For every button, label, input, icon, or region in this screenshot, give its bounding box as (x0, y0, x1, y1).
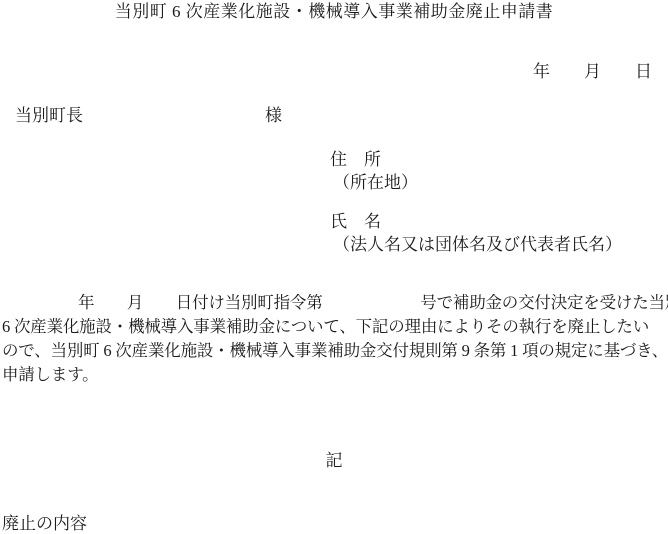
addressee-line: 当別町長 様 (0, 107, 668, 127)
body-line-3: ので、当別町 6 次産業化施設・機械導入事業補助金交付規則第 9 条第 1 項の… (2, 339, 666, 363)
applicant-address-note: （所在地） (333, 174, 418, 193)
body-paragraph: 年 月 日付け当別町指令第 号で補助金の交付決定を受けた当別町 6 次産業化施設… (2, 291, 666, 387)
document-title: 当別町 6 次産業化施設・機械導入事業補助金廃止申請書 (0, 3, 668, 22)
date-line: 年 月 日 (533, 63, 652, 82)
applicant-address-label: 住 所 (330, 151, 381, 170)
record-marker: 記 (0, 452, 668, 471)
abolition-details-heading: 廃止の内容 (2, 515, 87, 534)
document-page: 当別町 6 次産業化施設・機械導入事業補助金廃止申請書 年 月 日 当別町長 様… (0, 0, 668, 534)
addressee-name: 当別町長 (15, 107, 83, 126)
addressee-honorific: 様 (265, 107, 282, 126)
body-line-1: 年 月 日付け当別町指令第 号で補助金の交付決定を受けた当別町 (2, 291, 666, 315)
body-line-4: 申請します。 (2, 363, 666, 387)
applicant-name-label: 氏 名 (330, 213, 381, 232)
applicant-name-note: （法人名又は団体名及び代表者氏名） (333, 236, 622, 255)
body-line-2: 6 次産業化施設・機械導入事業補助金について、下記の理由によりその執行を廃止した… (2, 315, 666, 339)
